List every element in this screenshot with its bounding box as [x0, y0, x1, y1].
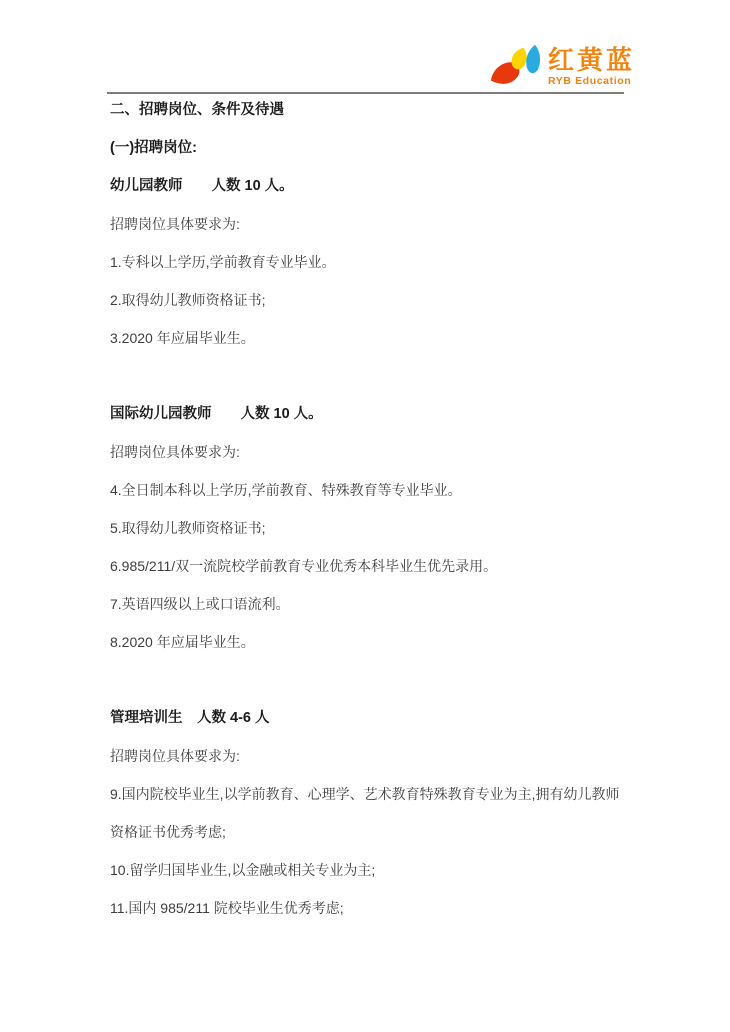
- requirement-item: 9.国内院校毕业生,以学前教育、心理学、艺术教育特殊教育专业为主,拥有幼儿教师资…: [110, 775, 627, 851]
- requirement-item: 2.取得幼儿教师资格证书;: [110, 281, 627, 319]
- requirement-item: 11.国内 985/211 院校毕业生优秀考虑;: [110, 889, 627, 927]
- position-title: 幼儿园教师 人数 10 人。: [110, 167, 627, 205]
- document-page: 红黄蓝 RYB Education 二、招聘岗位、条件及待遇 (一)招聘岗位: …: [0, 0, 730, 1032]
- position-block-kindergarten-teacher: 幼儿园教师 人数 10 人。 招聘岗位具体要求为: 1.专科以上学历,学前教育专…: [110, 167, 627, 357]
- brand-text: 红黄蓝 RYB Education: [548, 47, 635, 87]
- requirement-item: 4.全日制本科以上学历,学前教育、特殊教育等专业毕业。: [110, 471, 627, 509]
- position-title: 国际幼儿园教师 人数 10 人。: [110, 395, 627, 433]
- ryb-petals-icon: [491, 44, 545, 90]
- requirement-item: 3.2020 年应届毕业生。: [110, 319, 627, 357]
- brand-name-chinese: 红黄蓝: [548, 47, 635, 74]
- requirements-label: 招聘岗位具体要求为:: [110, 433, 627, 471]
- section-heading: 二、招聘岗位、条件及待遇: [110, 91, 627, 129]
- subsection-heading: (一)招聘岗位:: [110, 129, 627, 167]
- position-title: 管理培训生 人数 4-6 人: [110, 699, 627, 737]
- requirement-item: 5.取得幼儿教师资格证书;: [110, 509, 627, 547]
- document-body: 二、招聘岗位、条件及待遇 (一)招聘岗位: 幼儿园教师 人数 10 人。 招聘岗…: [110, 91, 627, 927]
- requirements-label: 招聘岗位具体要求为:: [110, 205, 627, 243]
- requirement-item: 10.留学归国毕业生,以金融或相关专业为主;: [110, 851, 627, 889]
- requirements-label: 招聘岗位具体要求为:: [110, 737, 627, 775]
- position-block-management-trainee: 管理培训生 人数 4-6 人 招聘岗位具体要求为: 9.国内院校毕业生,以学前教…: [110, 699, 627, 927]
- ryb-logo: 红黄蓝 RYB Education: [491, 44, 635, 90]
- position-block-international-kindergarten-teacher: 国际幼儿园教师 人数 10 人。 招聘岗位具体要求为: 4.全日制本科以上学历,…: [110, 395, 627, 661]
- brand-name-english: RYB Education: [548, 75, 631, 87]
- requirement-item: 6.985/211/双一流院校学前教育专业优秀本科毕业生优先录用。: [110, 547, 627, 585]
- requirement-item: 7.英语四级以上或口语流利。: [110, 585, 627, 623]
- blue-petal: [525, 44, 541, 73]
- requirement-item: 1.专科以上学历,学前教育专业毕业。: [110, 243, 627, 281]
- requirement-item: 8.2020 年应届毕业生。: [110, 623, 627, 661]
